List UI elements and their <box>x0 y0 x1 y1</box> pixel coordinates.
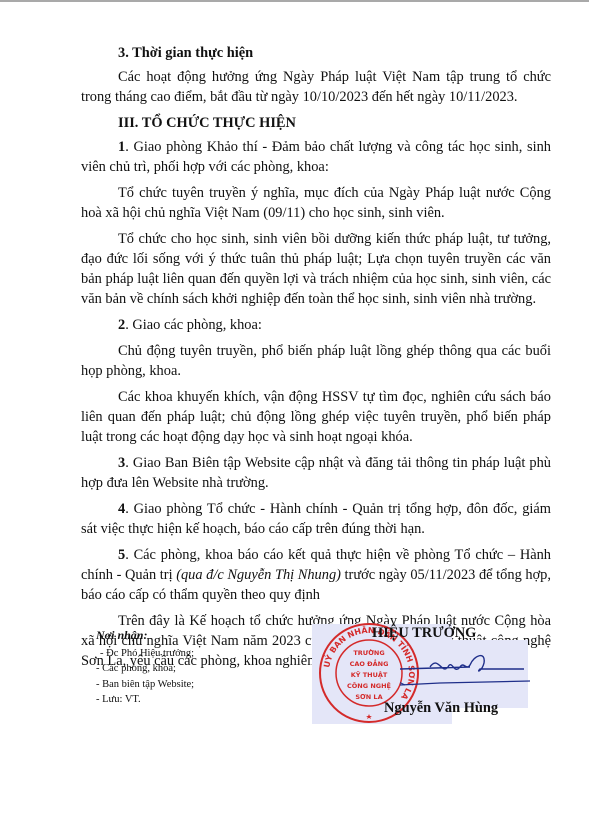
item-2-paragraph-2: Các khoa khuyến khích, vận động HSSV tự … <box>81 387 551 447</box>
item-2-lead: 2. Giao các phòng, khoa: <box>81 315 551 335</box>
stamp-line: SƠN LA <box>355 693 382 701</box>
document-body: 3. Thời gian thực hiện Các hoạt động hưở… <box>81 43 551 677</box>
item-2-paragraph-1: Chủ động tuyên truyền, phổ biến pháp luậ… <box>81 341 551 381</box>
recipient-item: - Ban biên tập Website; <box>96 677 194 693</box>
part-3-title: III. TỔ CHỨC THỰC HIỆN <box>81 113 551 133</box>
stamp-line: CÔNG NGHỆ <box>347 681 391 690</box>
item-1-text: . Giao phòng Khảo thí - Đảm bảo chất lượ… <box>81 139 551 175</box>
item-1-lead: 1. Giao phòng Khảo thí - Đảm bảo chất lư… <box>81 137 551 177</box>
recipient-item: - Lưu: VT. <box>96 692 194 708</box>
item-1-paragraph-2: Tổ chức cho học sinh, sinh viên bồi dưỡn… <box>81 229 551 309</box>
item-4-text: . Giao phòng Tổ chức - Hành chính - Quản… <box>81 501 551 537</box>
recipients-block: Nơi nhận: - Đc Phó Hiệu trưởng; - Các ph… <box>96 628 194 708</box>
item-5-contact-person: (qua đ/c Nguyễn Thị Nhung) <box>176 567 341 583</box>
page-top-border <box>0 0 589 2</box>
section-3-body: Các hoạt động hưởng ứng Ngày Pháp luật V… <box>81 67 551 107</box>
signer-name: Nguyễn Văn Hùng <box>384 700 498 717</box>
item-2-text: . Giao các phòng, khoa: <box>125 317 262 333</box>
item-4: 4. Giao phòng Tổ chức - Hành chính - Quả… <box>81 499 551 539</box>
item-3-text: . Giao Ban Biên tập Website cập nhật và … <box>81 455 551 491</box>
stamp-line: CAO ĐẲNG <box>350 658 389 668</box>
recipients-title: Nơi nhận: <box>96 628 194 644</box>
item-5: 5. Các phòng, khoa báo cáo kết quả thực … <box>81 545 551 605</box>
recipient-item: - Đc Phó Hiệu trưởng; <box>100 646 194 662</box>
stamp-line: KỸ THUẬT <box>351 670 388 679</box>
section-3-title: 3. Thời gian thực hiện <box>81 43 551 63</box>
recipient-item: - Các phòng, khoa; <box>96 661 194 677</box>
handwritten-signature-icon <box>400 645 530 695</box>
item-1-paragraph-1: Tổ chức tuyên truyền ý nghĩa, mục đích c… <box>81 183 551 223</box>
item-3: 3. Giao Ban Biên tập Website cập nhật và… <box>81 453 551 493</box>
signer-title: HIỆU TRƯỞNG <box>372 625 476 642</box>
stamp-line: TRƯỜNG <box>353 648 384 657</box>
